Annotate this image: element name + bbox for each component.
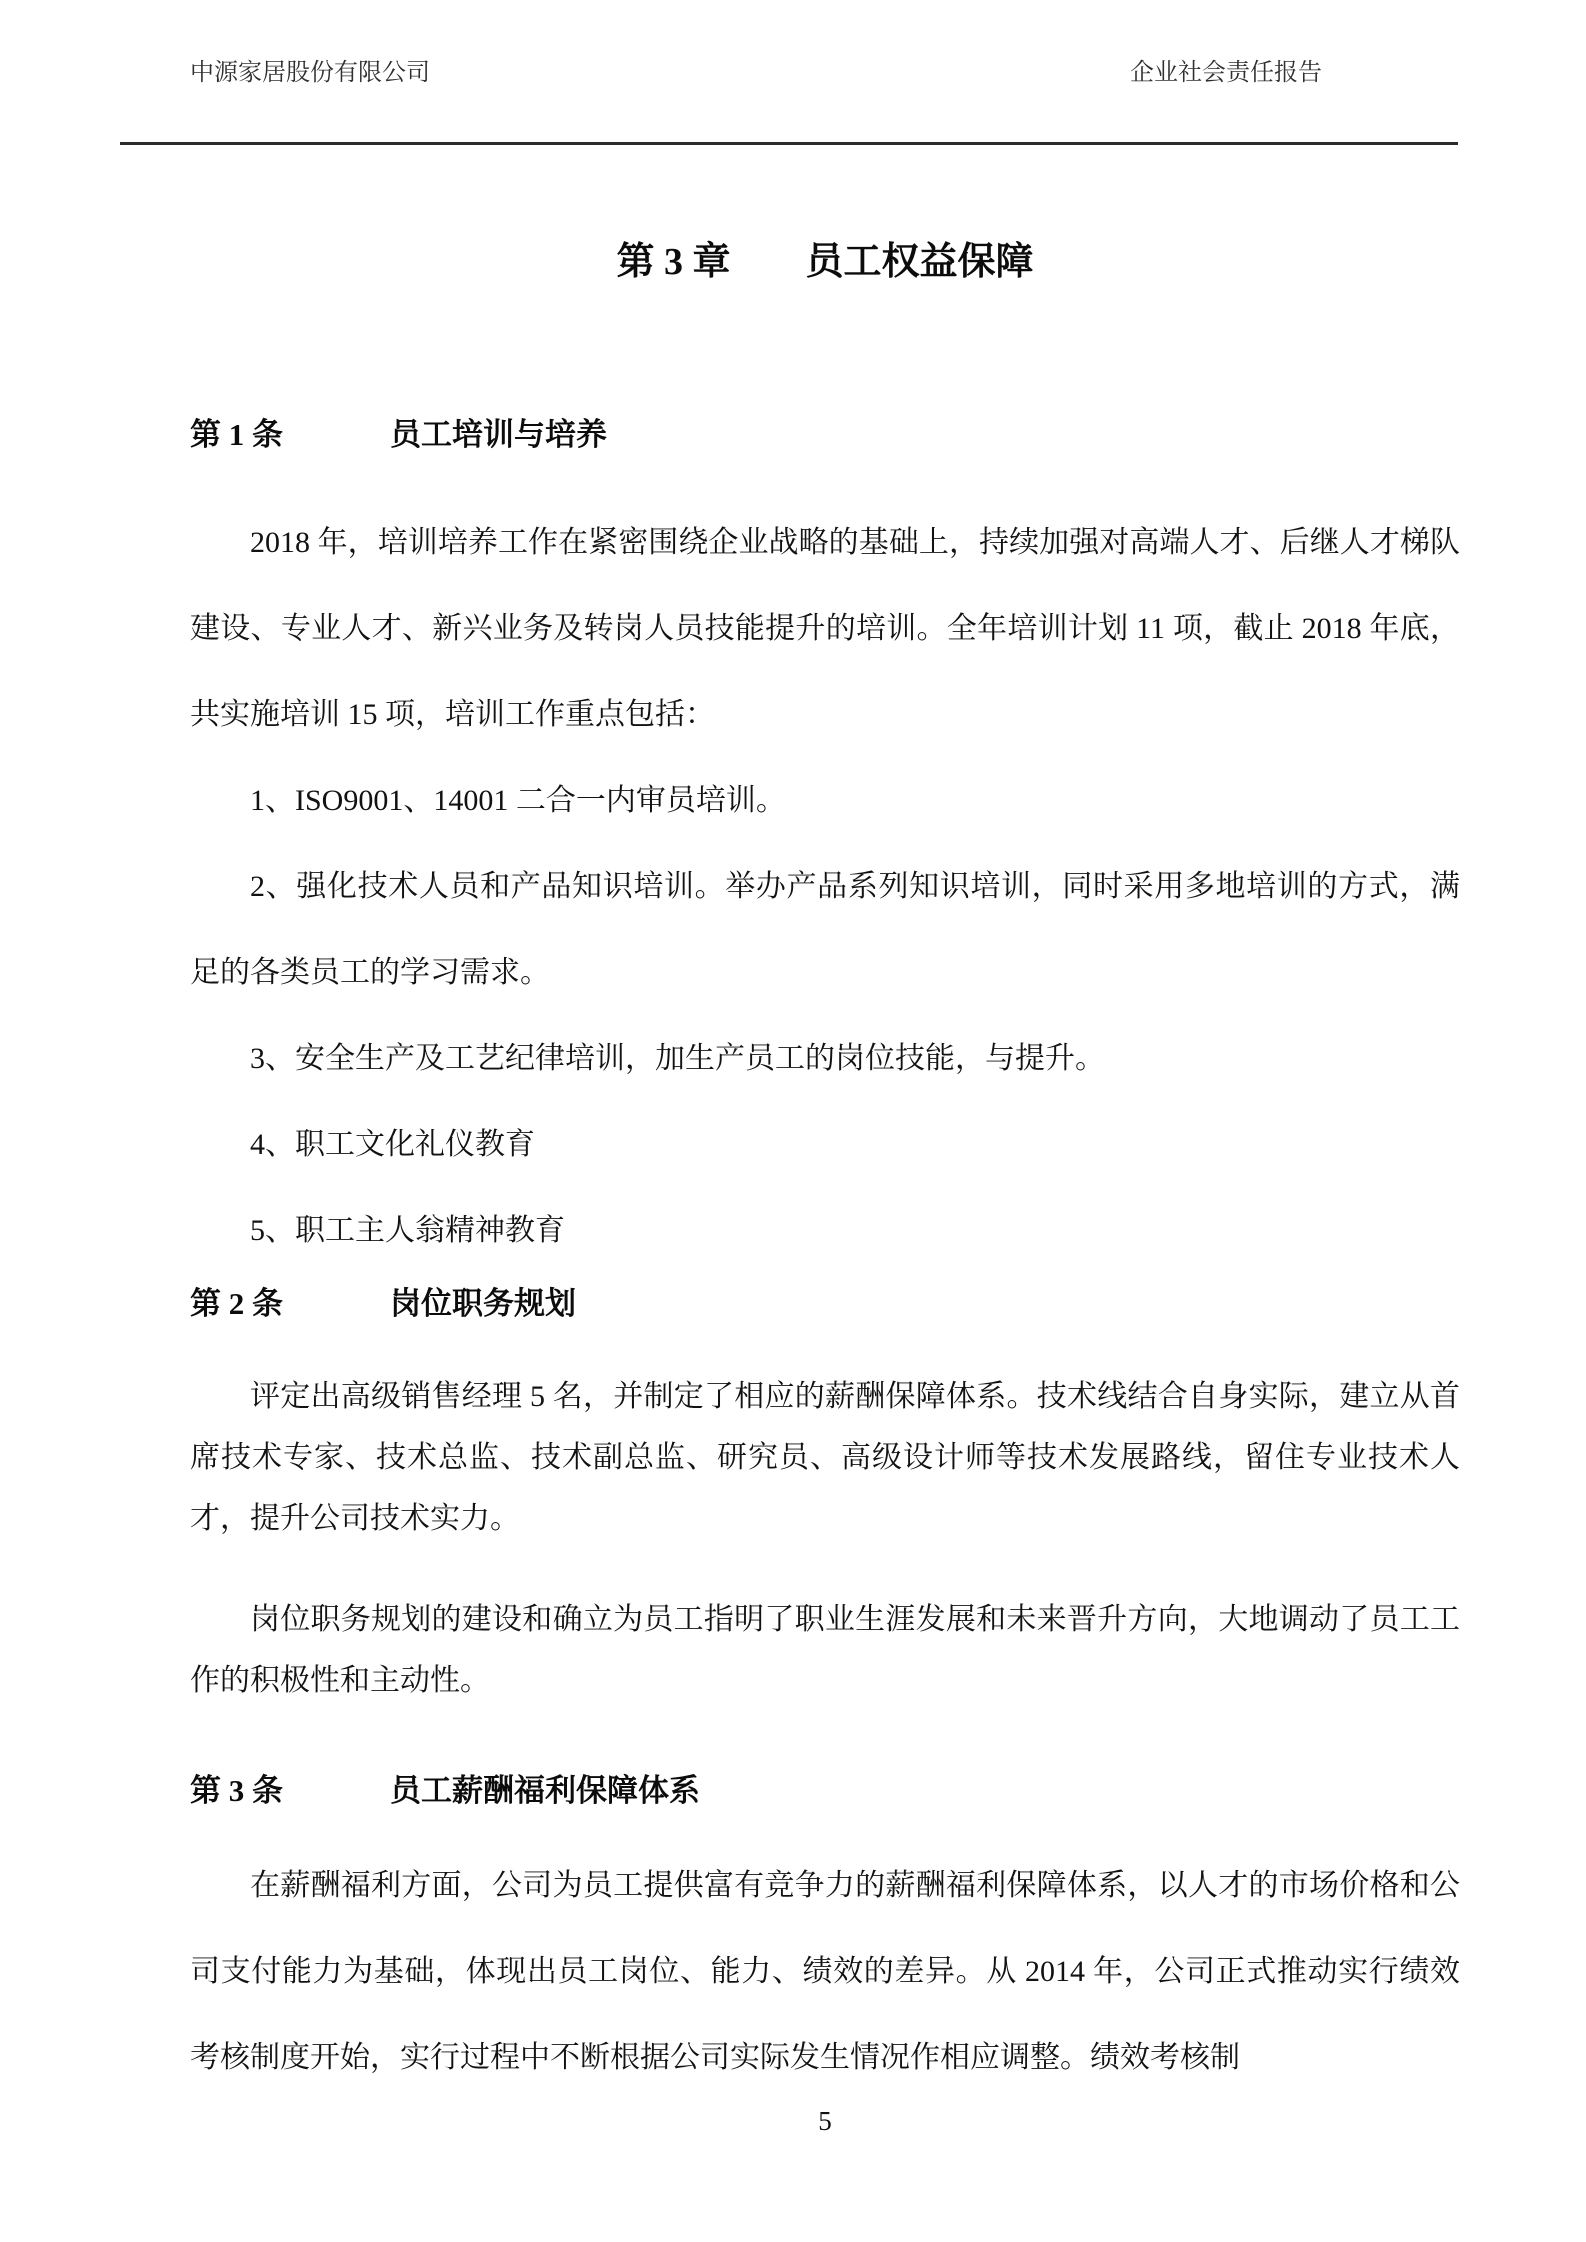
section-number: 第 2 条 [190, 1282, 390, 1326]
section-heading-3: 第 3 条员工薪酬福利保障体系 [190, 1769, 1460, 1813]
chapter-number: 第 3 章 [616, 241, 730, 283]
section-heading-2: 第 2 条岗位职务规划 [190, 1282, 1460, 1326]
section-title: 员工培训与培养 [390, 417, 607, 452]
list-item: 5、职工主人翁精神教育 [190, 1188, 1460, 1274]
paragraph: 2018 年，培训培养工作在紧密围绕企业战略的基础上，持续加强对高端人才、后继人… [190, 500, 1460, 758]
header-rule [120, 142, 1458, 145]
section-number: 第 3 条 [190, 1769, 390, 1813]
list-item: 4、职工文化礼仪教育 [190, 1102, 1460, 1188]
page-footer: 5 [190, 2101, 1460, 2141]
page-header: 中源家居股份有限公司 企业社会责任报告 [0, 0, 1586, 90]
chapter-title: 员工权益保障 [806, 241, 1034, 283]
chapter-heading: 第 3 章员工权益保障 [190, 237, 1460, 288]
list-item: 2、强化技术人员和产品知识培训。举办产品系列知识培训，同时采用多地培训的方式，满… [190, 844, 1460, 1016]
paragraph: 在薪酬福利方面，公司为员工提供富有竞争力的薪酬福利保障体系，以人才的市场价格和公… [190, 1843, 1460, 2101]
paragraph: 评定出高级销售经理 5 名，并制定了相应的薪酬保障体系。技术线结合自身实际，建立… [190, 1366, 1460, 1549]
header-report-title: 企业社会责任报告 [1130, 56, 1322, 90]
header-company-name: 中源家居股份有限公司 [190, 56, 430, 90]
list-item: 1、ISO9001、14001 二合一内审员培训。 [190, 758, 1460, 844]
section-title: 岗位职务规划 [390, 1286, 576, 1321]
section-number: 第 1 条 [190, 413, 390, 457]
document-page: 中源家居股份有限公司 企业社会责任报告 第 3 章员工权益保障 第 1 条员工培… [0, 0, 1586, 2242]
page-number: 5 [818, 2106, 832, 2136]
page-content: 第 3 章员工权益保障 第 1 条员工培训与培养 2018 年，培训培养工作在紧… [0, 237, 1586, 2141]
section-title: 员工薪酬福利保障体系 [390, 1773, 700, 1808]
list-item: 3、安全生产及工艺纪律培训，加生产员工的岗位技能，与提升。 [190, 1016, 1460, 1102]
paragraph: 岗位职务规划的建设和确立为员工指明了职业生涯发展和未来晋升方向，大地调动了员工工… [190, 1589, 1460, 1711]
section-heading-1: 第 1 条员工培训与培养 [190, 413, 1460, 457]
